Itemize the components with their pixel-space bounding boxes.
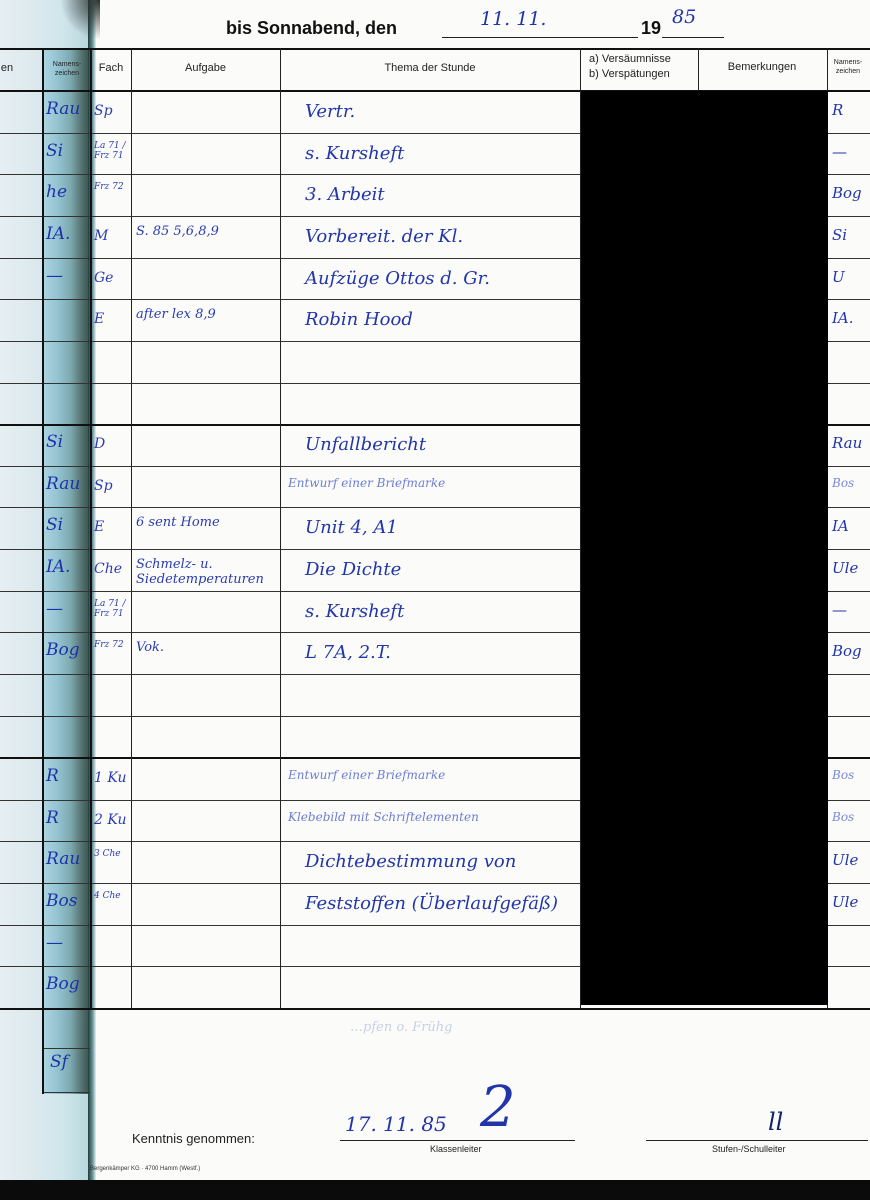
homework-cell: 6 sent Home: [136, 515, 278, 530]
right-signature: IA: [832, 517, 849, 535]
lesson-topic-cell: Aufzüge Ottos d. Gr.: [305, 268, 490, 289]
right-signature: IA.: [832, 309, 854, 327]
teacher-signature: IA.: [46, 557, 70, 577]
teacher-signature: R: [46, 808, 59, 828]
right-signature: —: [832, 143, 847, 161]
column-line: [131, 48, 132, 1008]
subject-cell: 3 Che: [94, 849, 130, 859]
page-corner-shadow: [60, 0, 100, 40]
stufenleiter-caption: Stufen-/Schulleiter: [712, 1144, 786, 1154]
row-line-left-extra: [42, 1092, 90, 1093]
column-line: [42, 48, 44, 1094]
homework-cell: after lex 8,9: [136, 307, 278, 322]
subject-cell: D: [94, 436, 130, 452]
teacher-signature: IA.: [46, 224, 70, 244]
lesson-topic-cell: Entwurf einer Briefmarke: [288, 476, 445, 490]
header-thema: Thema der Stunde: [280, 62, 580, 74]
teacher-signature: Si: [46, 141, 63, 161]
header-aufgabe: Aufgabe: [131, 62, 280, 74]
lesson-topic-cell: Dichtebestimmung von: [305, 851, 516, 872]
header-namenszeichen: Namens- zeichen: [43, 60, 91, 78]
header-fach: Fach: [91, 62, 131, 74]
lesson-topic-cell: Die Dichte: [305, 559, 401, 580]
teacher-signature: Bog: [46, 640, 80, 660]
teacher-signature-extra: Sf: [50, 1052, 68, 1072]
teacher-signature: —: [46, 933, 63, 953]
page-title: bis Sonnabend, den: [226, 18, 397, 39]
column-line: [90, 48, 92, 1008]
header-bemerkungen: Bemerkungen: [698, 61, 826, 73]
subject-cell: M: [94, 228, 130, 244]
subject-cell: Sp: [94, 478, 130, 494]
klassenleiter-caption: Klassenleiter: [430, 1144, 482, 1154]
lesson-topic-cell: Entwurf einer Briefmarke: [288, 768, 445, 782]
lesson-topic-cell: Feststoffen (Überlaufgefäß): [305, 893, 558, 914]
year-underline: [662, 37, 724, 38]
subject-cell: Ge: [94, 270, 130, 286]
lesson-topic-cell: Klebebild mit Schriftelementen: [288, 810, 479, 824]
right-signature: —: [832, 601, 847, 619]
lesson-topic-cell: Vertr.: [305, 101, 355, 122]
right-signature: Rau: [832, 434, 862, 452]
lesson-topic-cell: L 7A, 2.T.: [305, 642, 391, 663]
redacted-block: [581, 91, 828, 1005]
subject-cell: Sp: [94, 103, 130, 119]
homework-cell: Vok.: [136, 640, 278, 655]
subject-cell: 2 Ku: [94, 812, 130, 828]
teacher-signature: Rau: [46, 849, 80, 869]
right-signature: Bog: [832, 642, 862, 660]
right-signature: Ule: [832, 893, 858, 911]
subject-cell: Che: [94, 561, 130, 577]
bleed-through-text: …pfen o. Frühg: [350, 1020, 453, 1035]
right-signature: Bos: [832, 768, 854, 782]
right-signature: Si: [832, 226, 847, 244]
subject-cell: Frz 72: [94, 640, 130, 650]
lesson-topic-cell: s. Kursheft: [305, 143, 404, 164]
right-signature: Ule: [832, 851, 858, 869]
teacher-signature: R: [46, 766, 59, 786]
header-left-partial: en: [0, 62, 14, 74]
subject-cell: Frz 72: [94, 182, 130, 192]
subject-cell: 1 Ku: [94, 770, 130, 786]
kenntnis-label: Kenntnis genommen:: [132, 1131, 255, 1146]
teacher-signature: Si: [46, 515, 63, 535]
printer-note: Bergenkämper KG · 4700 Hamm (Westf.): [90, 1166, 200, 1172]
day-separator-line: [0, 1008, 870, 1010]
right-signature: U: [832, 268, 845, 286]
teacher-signature: —: [46, 599, 63, 619]
column-line: [280, 48, 281, 1008]
homework-cell: Schmelz- u. Siedetemperaturen: [136, 557, 278, 587]
klassenleiter-line: [340, 1140, 575, 1141]
header-versaeumnisse: a) Versäumnisse: [581, 53, 698, 65]
teacher-signature: —: [46, 266, 63, 286]
homework-cell: S. 85 5,6,8,9: [136, 224, 278, 239]
right-signature: Bos: [832, 810, 854, 824]
teacher-signature: Bog: [46, 974, 80, 994]
subject-cell: 4 Che: [94, 891, 130, 901]
right-signature: Ule: [832, 559, 858, 577]
title-prefix: bis Sonnabend, den: [226, 18, 397, 38]
subject-cell: E: [94, 311, 130, 327]
lesson-topic-cell: Vorbereit. der Kl.: [305, 226, 463, 247]
lesson-topic-cell: 3. Arbeit: [305, 184, 385, 205]
lesson-topic-cell: Unfallbericht: [305, 434, 426, 455]
footer-date: 17. 11. 85: [345, 1112, 447, 1136]
year-prefix: 19: [641, 18, 661, 39]
subject-cell: E: [94, 519, 130, 535]
week-date: 11. 11.: [480, 8, 546, 30]
klassenleiter-signature: 2: [480, 1075, 516, 1140]
right-signature: Bos: [832, 476, 854, 490]
teacher-signature: Rau: [46, 99, 80, 119]
teacher-signature: Bos: [46, 891, 77, 911]
teacher-signature: he: [46, 182, 67, 202]
year-handwritten: 85: [672, 6, 696, 28]
stufenleiter-line: [646, 1140, 868, 1141]
header-namenszeichen-right: Namens- zeichen: [826, 58, 870, 76]
right-signature: Bog: [832, 184, 862, 202]
row-line-left-extra: [42, 1048, 90, 1049]
lesson-topic-cell: s. Kursheft: [305, 601, 404, 622]
scan-bottom-edge: [0, 1180, 870, 1200]
lesson-topic-cell: Robin Hood: [305, 309, 413, 330]
subject-cell: La 71 / Frz 71: [94, 141, 130, 161]
subject-cell: La 71 / Frz 71: [94, 599, 130, 619]
lesson-topic-cell: Unit 4, A1: [305, 517, 398, 538]
header-verspaetungen: b) Verspätungen: [581, 68, 698, 80]
teacher-signature: Rau: [46, 474, 80, 494]
right-signature: R: [832, 101, 843, 119]
stufenleiter-signature: ll: [768, 1108, 783, 1136]
date-underline: [442, 37, 638, 38]
teacher-signature: Si: [46, 432, 63, 452]
